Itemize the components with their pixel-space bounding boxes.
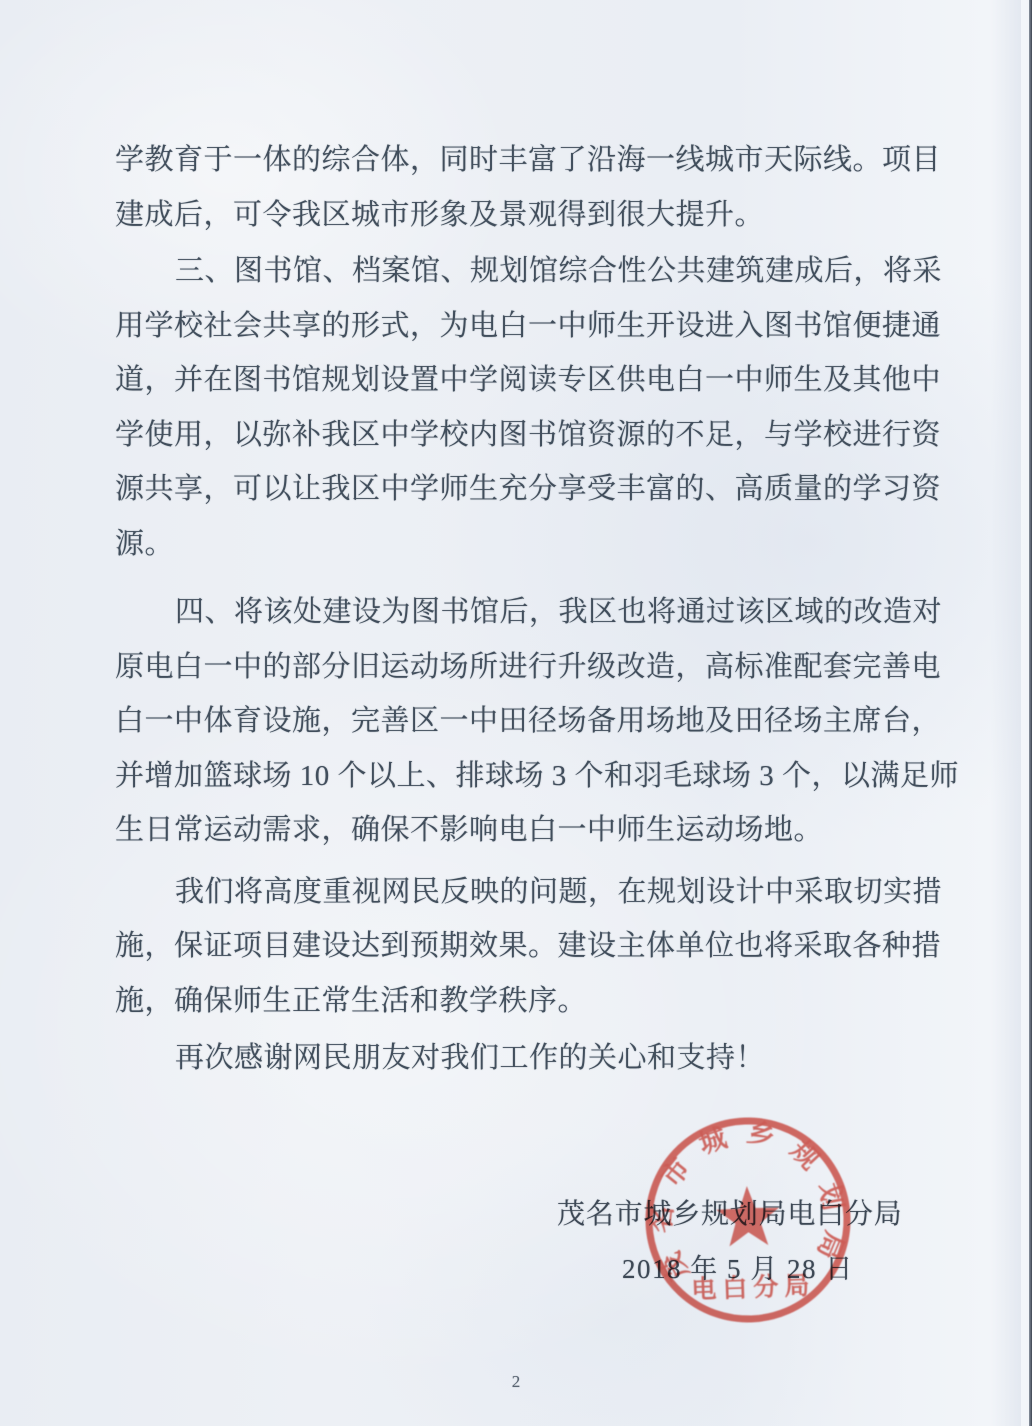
paragraph: 我们将高度重视网民反映的问题，在规划设计中采取切实措 施，保证项目建设达到预期效… (115, 865, 965, 1029)
paragraph: 学教育于一体的综合体，同时丰富了沿海一线城市天际线。项目 建成后，可令我区城市形… (115, 133, 965, 242)
document-line: 建成后，可令我区城市形象及景观得到很大提升。 (115, 188, 965, 243)
document-line: 生日常运动需求，确保不影响电白一中师生运动场地。 (115, 803, 965, 858)
official-seal: 茂名市城乡规划局 电白分局 (639, 1111, 856, 1328)
document-line: 施，确保师生正常生活和教学秩序。 (115, 974, 965, 1029)
document-line: 原电白一中的部分旧运动场所进行升级改造，高标准配套完善电 (115, 640, 965, 695)
document-line: 再次感谢网民朋友对我们工作的关心和支持！ (115, 1031, 965, 1086)
document-line: 学教育于一体的综合体，同时丰富了沿海一线城市天际线。项目 (115, 133, 965, 188)
document-line: 学使用，以弥补我区中学校内图书馆资源的不足，与学校进行资 (115, 408, 965, 463)
paragraph: 再次感谢网民朋友对我们工作的关心和支持！ (115, 1031, 965, 1086)
document-line: 三、图书馆、档案馆、规划馆综合性公共建筑建成后，将采 (115, 244, 965, 299)
paragraph: 四、将该处建设为图书馆后，我区也将通过该区域的改造对 原电白一中的部分旧运动场所… (115, 585, 965, 858)
seal-bottom-text: 电白分局 (691, 1271, 816, 1304)
document-line: 源。 (115, 517, 965, 572)
document-line: 源共享，可以让我区中学师生充分享受丰富的、高质量的学习资 (115, 462, 965, 517)
document-line: 道，并在图书馆规划设置中学阅读专区供电白一中师生及其他中 (115, 353, 965, 408)
star-icon (715, 1185, 780, 1247)
document-line: 施，保证项目建设达到预期效果。建设主体单位也将采取各种措 (115, 919, 965, 974)
document-line: 用学校社会共享的形式，为电白一中师生开设进入图书馆便捷通 (115, 299, 965, 354)
document-line: 我们将高度重视网民反映的问题，在规划设计中采取切实措 (115, 865, 965, 920)
scanned-document-page: 学教育于一体的综合体，同时丰富了沿海一线城市天际线。项目 建成后，可令我区城市形… (0, 0, 1032, 1426)
paragraph: 三、图书馆、档案馆、规划馆综合性公共建筑建成后，将采 用学校社会共享的形式，为电… (115, 244, 965, 571)
document-line: 白一中体育设施，完善区一中田径场备用场地及田径场主席台， (115, 694, 965, 749)
document-body: 学教育于一体的综合体，同时丰富了沿海一线城市天际线。项目 建成后，可令我区城市形… (115, 133, 965, 1086)
document-line: 并增加篮球场 10 个以上、排球场 3 个和羽毛球场 3 个，以满足师 (115, 749, 965, 804)
page-number: 2 (0, 1372, 1032, 1392)
document-line: 四、将该处建设为图书馆后，我区也将通过该区域的改造对 (115, 585, 965, 640)
